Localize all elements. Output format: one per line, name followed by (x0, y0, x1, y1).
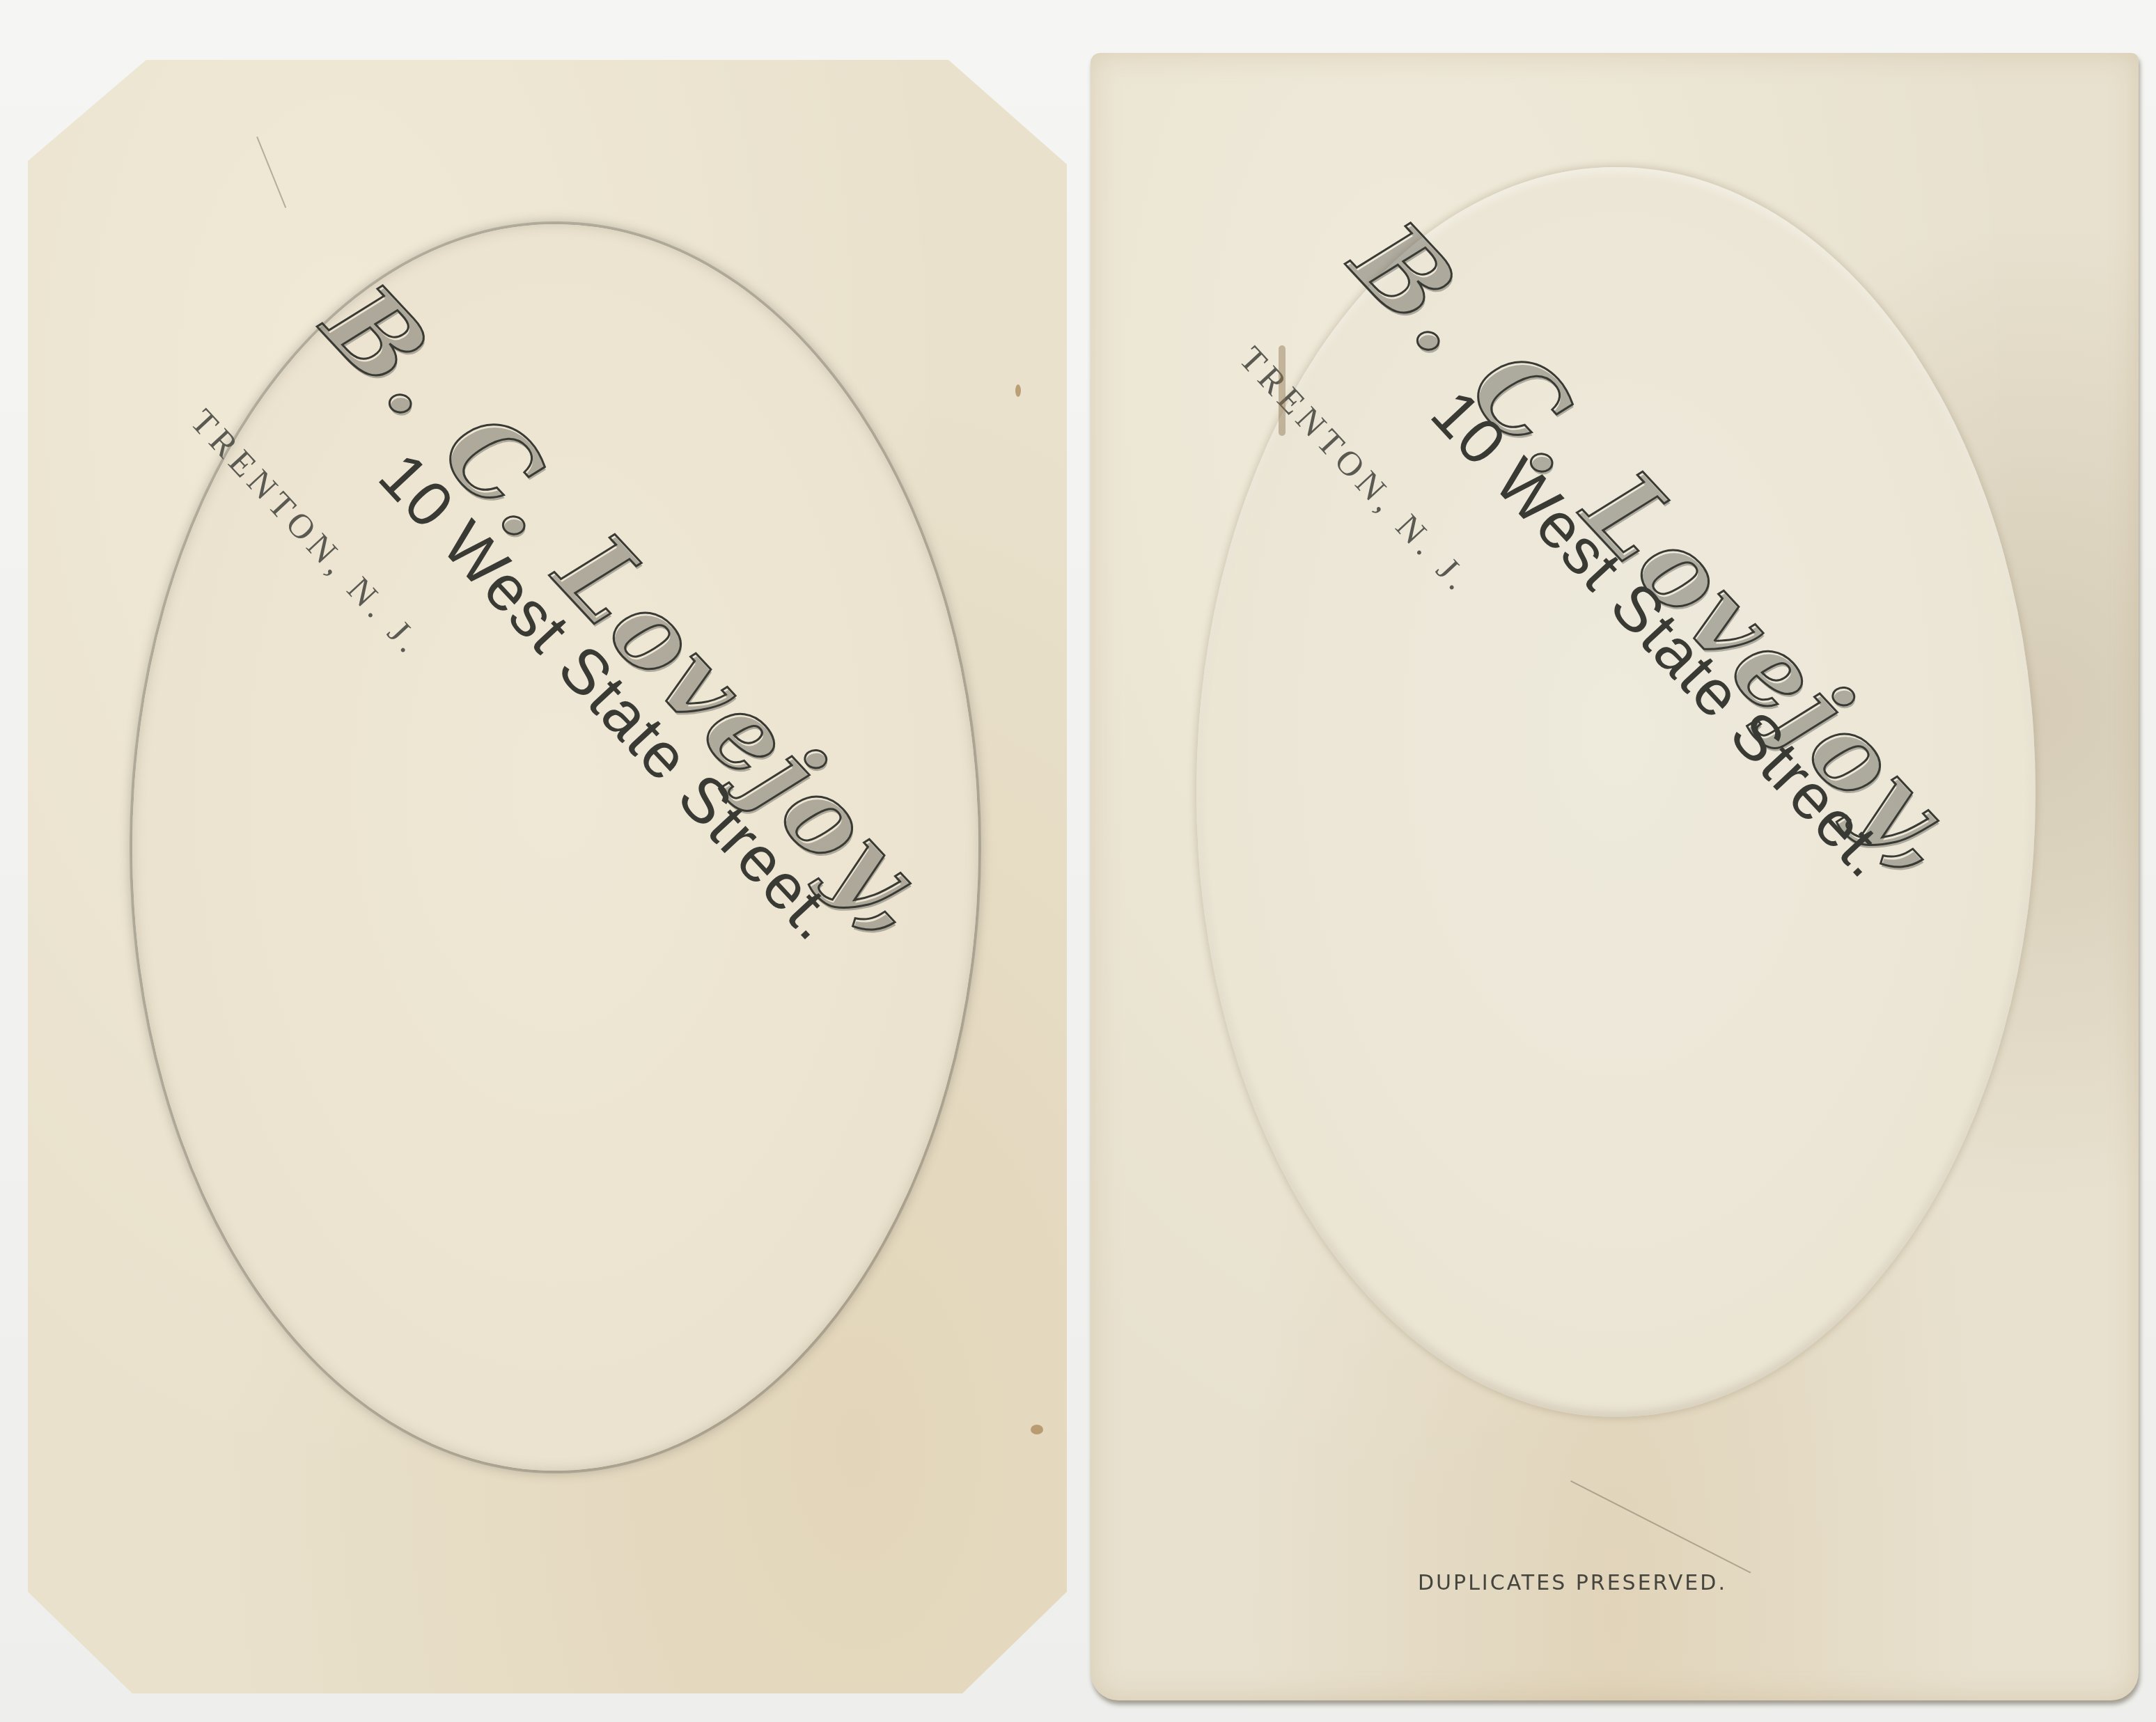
scratch-mark (1570, 1480, 1751, 1573)
stain-spot (1015, 384, 1021, 397)
stain-streak (1279, 345, 1286, 436)
right-card: B. C. Lovejoy, 10 West State Street. TRE… (1091, 53, 2139, 1700)
scan-background: B. C. Lovejoy, 10 West State Street. TRE… (0, 0, 2156, 1722)
scratch-mark (256, 136, 286, 208)
right-card-footer-text: DUPLICATES PRESERVED. (1418, 1571, 1727, 1595)
left-card: B. C. Lovejoy, 10 West State Street. TRE… (28, 60, 1067, 1693)
stain-spot (1031, 1425, 1043, 1434)
left-card-footer-text: DUPLICATES PRESERVED. (366, 1682, 675, 1707)
